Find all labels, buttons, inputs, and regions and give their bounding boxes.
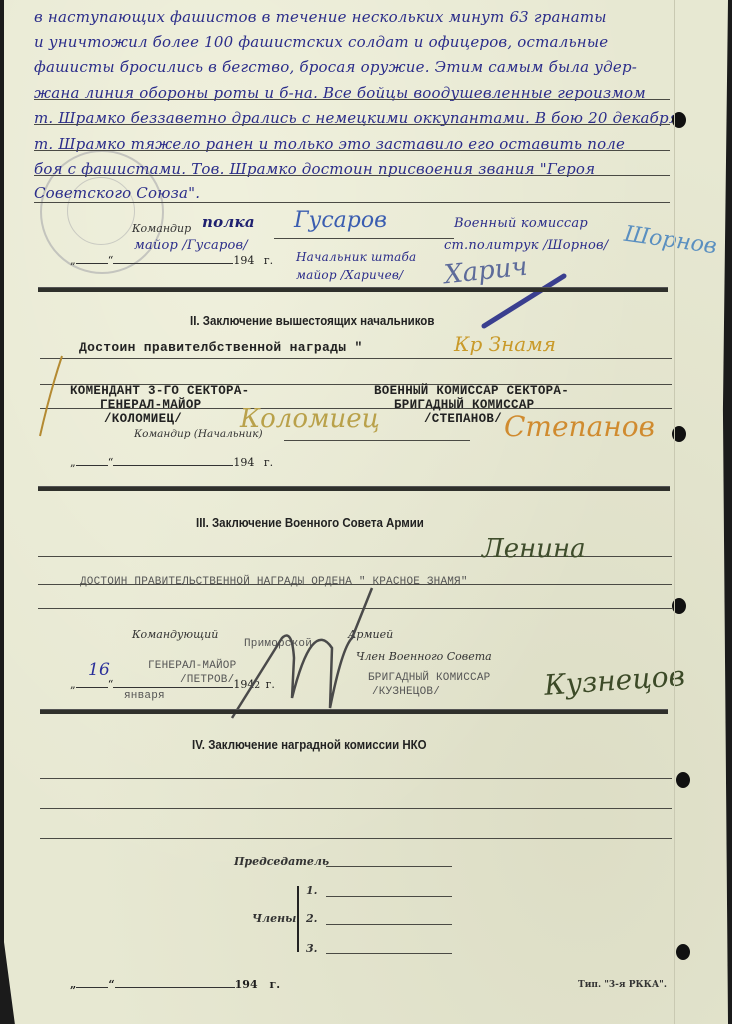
date-year: 194 bbox=[233, 254, 254, 267]
chief-of-staff-title: Начальник штаба bbox=[296, 250, 416, 264]
commanding-label: Командующий bbox=[132, 628, 218, 641]
commander-signature: Гусаров bbox=[294, 208, 387, 233]
ruled-line bbox=[34, 124, 670, 125]
ruled-line bbox=[34, 150, 670, 151]
member-number: 1. bbox=[306, 884, 317, 897]
ruled-line bbox=[34, 99, 670, 100]
date-suffix: г. bbox=[264, 456, 273, 469]
date-year: 194 bbox=[235, 978, 258, 991]
date-field: „“194 г. bbox=[70, 978, 280, 991]
date-suffix: г. bbox=[269, 978, 280, 991]
narrative-line: фашисты бросились в бегство, бросая оруж… bbox=[34, 58, 637, 76]
member-number: 3. bbox=[306, 942, 317, 955]
date-year: 194 bbox=[233, 456, 254, 469]
commander-rank-name: майор /Гусаров/ bbox=[134, 238, 248, 253]
section-divider bbox=[38, 486, 670, 491]
chief-of-staff-rank-name: майор /Харичев/ bbox=[296, 268, 403, 282]
ruled-line bbox=[40, 808, 672, 809]
margin-line bbox=[674, 0, 675, 1024]
section-divider bbox=[38, 287, 668, 292]
pencil-stroke-icon bbox=[474, 270, 574, 330]
date-month: января bbox=[124, 690, 165, 702]
right-block-title: ВОЕННЫЙ КОМИССАР СЕКТОРА- bbox=[374, 384, 569, 398]
award-document-page: в наступающих фашистов в течение несколь… bbox=[4, 0, 728, 1024]
right-block-name: /СТЕПАНОВ/ bbox=[424, 412, 502, 426]
ruled-line bbox=[40, 358, 672, 359]
narrative-line: в наступающих фашистов в течение несколь… bbox=[34, 8, 607, 26]
date-day: 16 bbox=[88, 660, 110, 680]
member-number: 2. bbox=[306, 912, 317, 925]
signature-line bbox=[326, 896, 452, 897]
left-block-title: КОМЕНДАНТ 3-ГО СЕКТОРА- bbox=[70, 384, 249, 398]
narrative-line: и уничтожил более 100 фашистских солдат … bbox=[34, 33, 608, 51]
ruled-line bbox=[34, 175, 670, 176]
section-2-heading: II. Заключение вышестоящих начальников bbox=[190, 314, 434, 328]
binder-hole bbox=[676, 944, 690, 960]
right-signature: Кузнецов bbox=[543, 659, 686, 702]
signature-line bbox=[326, 924, 452, 925]
commissar-signature: Шорнов bbox=[623, 222, 719, 260]
section-3-heading: III. Заключение Военного Совета Армии bbox=[196, 516, 424, 530]
ruled-line bbox=[34, 202, 670, 203]
signature-scribble-icon bbox=[222, 578, 392, 728]
print-mark: Тип. "3-я РККА". bbox=[578, 980, 667, 990]
date-suffix: г. bbox=[264, 254, 273, 267]
commissar-title: Военный комиссар bbox=[454, 216, 588, 231]
signature-line bbox=[284, 440, 470, 441]
narrative-line: Советского Союза". bbox=[34, 184, 200, 202]
left-block-rank: ГЕНЕРАЛ-МАЙОР bbox=[100, 398, 201, 412]
commander-label: Командир bbox=[132, 222, 191, 235]
date-field: „“194 г. bbox=[70, 254, 273, 267]
binder-hole bbox=[676, 772, 690, 788]
ruled-line bbox=[40, 838, 672, 839]
section-3-handwritten-note: Ленина bbox=[482, 534, 586, 564]
chairman-label: Председатель bbox=[234, 855, 329, 868]
signature-line bbox=[274, 238, 454, 239]
section-divider bbox=[40, 709, 668, 714]
members-label: Члены bbox=[252, 912, 296, 925]
left-block-name: /КОЛОМИЕЦ/ bbox=[104, 412, 182, 426]
pencil-stroke-icon bbox=[34, 352, 74, 442]
section-2-verdict: Достоин правителбственной награды " bbox=[79, 340, 363, 355]
section-4-heading: IV. Заключение наградной комиссии НКО bbox=[192, 738, 427, 752]
signature-line bbox=[326, 866, 452, 867]
right-signature: Степанов bbox=[504, 410, 655, 443]
ruled-line bbox=[40, 778, 672, 779]
commander-unit: полка bbox=[202, 213, 255, 231]
signature-line bbox=[326, 953, 452, 954]
section-2-handwritten-verdict: Кр Знамя bbox=[454, 332, 556, 356]
members-bracket bbox=[297, 886, 299, 952]
left-signature: Коломиец bbox=[240, 404, 380, 434]
date-field: „“194 г. bbox=[70, 456, 273, 469]
